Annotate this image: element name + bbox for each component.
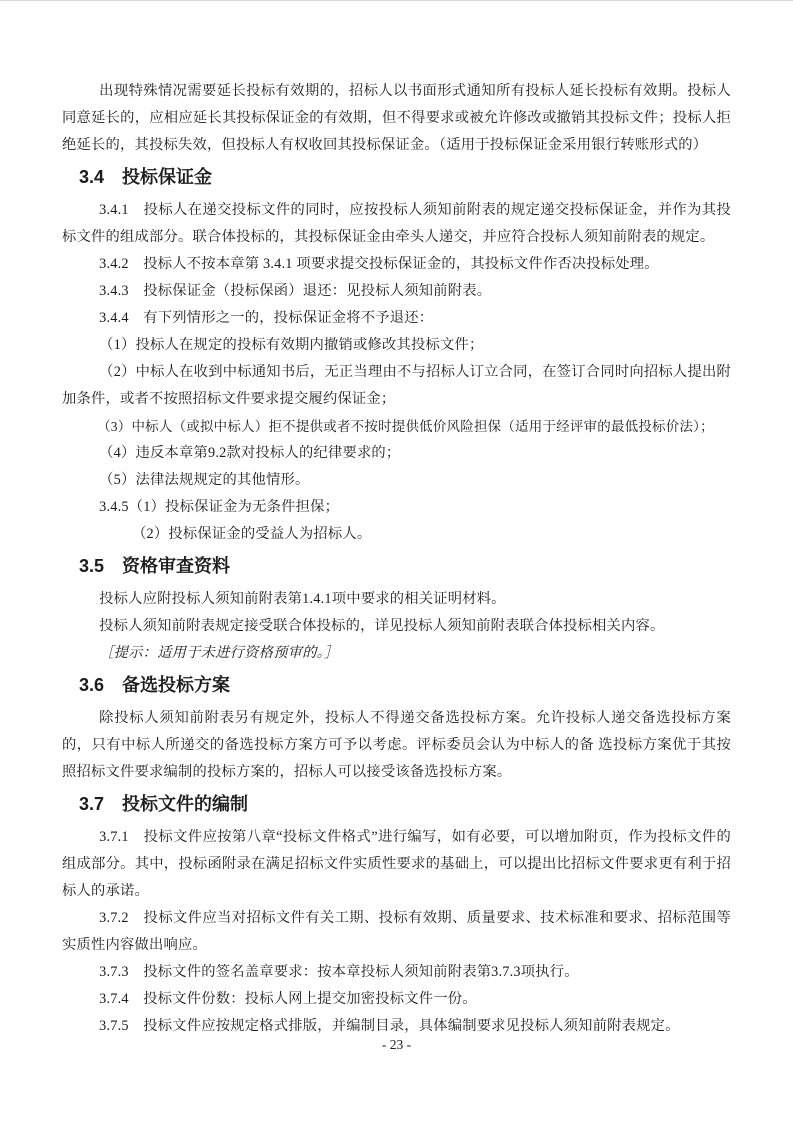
paragraph-qualification-materials: 投标人应附投标人须知前附表第1.4.1项中要求的相关证明材料。 (62, 586, 731, 613)
page-number: - 23 - (0, 1037, 793, 1053)
hint-note: ［提示：适用于未进行资格预审的。］ (62, 640, 731, 667)
heading-3-7-bid-preparation: 3.7 投标文件的编制 (62, 791, 731, 818)
clause-3-4-1: 3.4.1 投标人在递交投标文件的同时，应按投标人须知前附表的规定递交投标保证金… (62, 197, 731, 251)
heading-3-4-bid-security: 3.4 投标保证金 (62, 164, 731, 191)
clause-3-7-4: 3.7.4 投标文件份数：投标人网上提交加密投标文件一份。 (62, 986, 731, 1013)
clause-3-4-3: 3.4.3 投标保证金（投标保函）退还：见投标人须知前附表。 (62, 278, 731, 305)
paragraph-bid-validity-extension: 出现特殊情况需要延长投标有效期的，招标人以书面形式通知所有投标人延长投标有效期。… (62, 78, 731, 159)
clause-3-4-5: 3.4.5（1）投标保证金为无条件担保； (62, 494, 731, 521)
list-item-5: （5）法律法规规定的其他情形。 (62, 467, 731, 494)
clause-3-4-5-sub-2: （2）投标保证金的受益人为招标人。 (62, 521, 731, 548)
paragraph-consortium-bid: 投标人须知前附表规定接受联合体投标的，详见投标人须知前附表联合体投标相关内容。 (62, 613, 731, 640)
heading-3-5-qualification-review: 3.5 资格审查资料 (62, 553, 731, 580)
list-item-1: （1）投标人在规定的投标有效期内撤销或修改其投标文件； (62, 332, 731, 359)
clause-3-7-2: 3.7.2 投标文件应当对招标文件有关工期、投标有效期、质量要求、技术标准和要求… (62, 905, 731, 959)
list-item-3: （3）中标人（或拟中标人）拒不提供或者不按时提供低价风险担保（适用于经评审的最低… (62, 413, 731, 440)
clause-3-7-5: 3.7.5 投标文件应按规定格式排版，并编制目录，具体编制要求见投标人须知前附表… (62, 1013, 731, 1040)
clause-3-7-3: 3.7.3 投标文件的签名盖章要求：按本章投标人须知前附表第3.7.3项执行。 (62, 959, 731, 986)
clause-3-7-1: 3.7.1 投标文件应按第八章“投标文件格式”进行编写，如有必要，可以增加附页，… (62, 824, 731, 905)
clause-3-4-4: 3.4.4 有下列情形之一的，投标保证金将不予退还： (62, 305, 731, 332)
document-page: 出现特殊情况需要延长投标有效期的，招标人以书面形式通知所有投标人延长投标有效期。… (0, 0, 793, 1122)
paragraph-alternative-bid: 除投标人须知前附表另有规定外，投标人不得递交备选投标方案。允许投标人递交备选投标… (62, 705, 731, 786)
clause-3-4-2: 3.4.2 投标人不按本章第 3.4.1 项要求提交投标保证金的，其投标文件作否… (62, 251, 731, 278)
heading-3-6-alternative-bid: 3.6 备选投标方案 (62, 672, 731, 699)
list-item-4: （4）违反本章第9.2款对投标人的纪律要求的； (62, 440, 731, 467)
list-item-2: （2）中标人在收到中标通知书后，无正当理由不与招标人订立合同，在签订合同时向招标… (62, 359, 731, 413)
